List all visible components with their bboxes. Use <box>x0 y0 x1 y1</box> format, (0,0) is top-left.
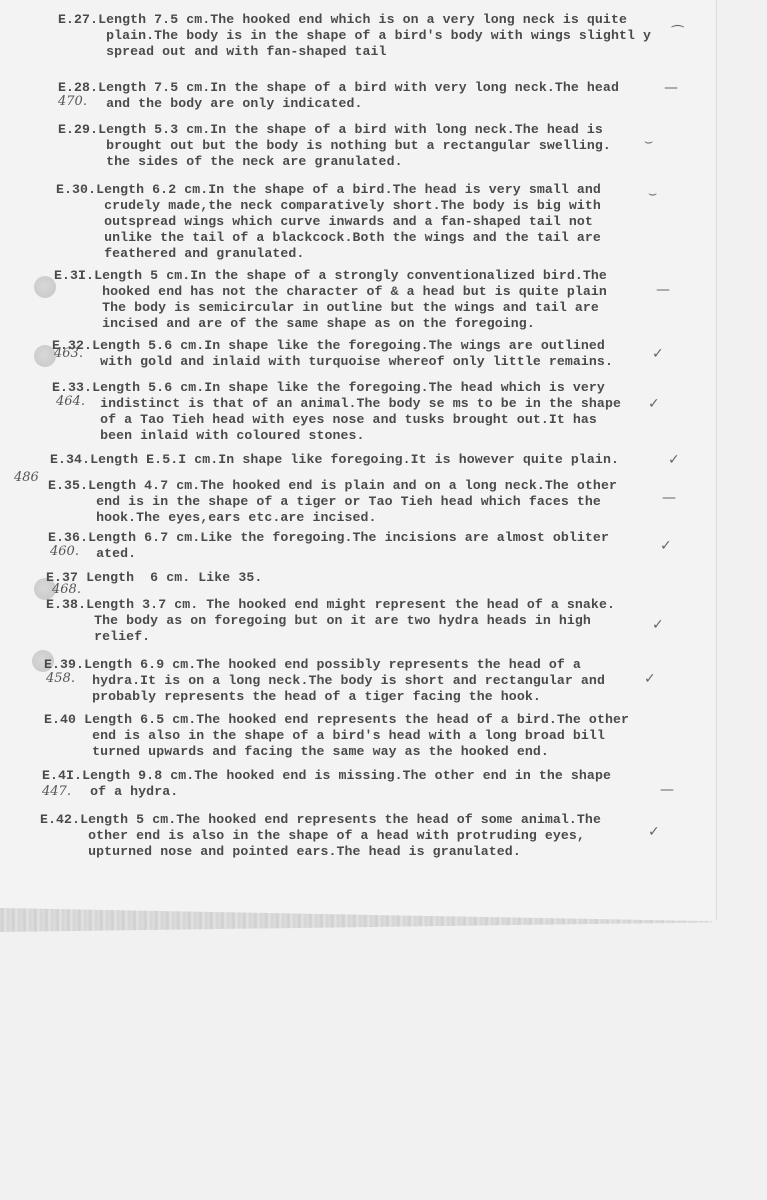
entry-line: brought out but the body is nothing but … <box>58 138 611 153</box>
handwritten-number: 458. <box>46 671 75 686</box>
dash-mark-icon: — <box>664 80 678 96</box>
check-mark-icon: ✓ <box>644 671 656 687</box>
entry-line: of a Tao Tieh head with eyes nose and tu… <box>52 412 597 427</box>
entry-line: the sides of the neck are granulated. <box>58 154 403 169</box>
entry-line: other end is also in the shape of a head… <box>40 828 585 843</box>
handwritten-number: 447. <box>42 784 71 799</box>
handwritten-number: 463. <box>54 346 83 361</box>
entry-line: unlike the tail of a blackcock.Both the … <box>56 230 601 245</box>
entry-line: end is also in the shape of a bird's hea… <box>44 728 605 743</box>
entry-line: E.30.Length 6.2 cm.In the shape of a bir… <box>56 182 601 197</box>
entry-line: relief. <box>46 629 150 644</box>
handwritten-number: 468. <box>52 582 81 597</box>
entry-line: E.39.Length 6.9 cm.The hooked end possib… <box>44 657 581 672</box>
dash-mark-icon: — <box>662 490 676 506</box>
check-mark-icon: ⁀ <box>672 26 683 42</box>
check-mark-icon: ⌣ <box>644 134 653 150</box>
handwritten-number: 470. <box>58 94 87 109</box>
check-mark-icon: ⌣ <box>648 186 657 202</box>
entry-line: E.34.Length E.5.I cm.In shape like foreg… <box>50 452 619 467</box>
entry-line: crudely made,the neck comparatively shor… <box>56 198 601 213</box>
entry-line: indistinct is that of an animal.The body… <box>52 396 621 411</box>
entry-line: E.29.Length 5.3 cm.In the shape of a bir… <box>58 122 603 137</box>
check-mark-icon: ✓ <box>652 346 664 362</box>
entry-line: and the body are only indicated. <box>58 96 363 111</box>
entry-line: E.33.Length 5.6 cm.In shape like the for… <box>52 380 605 395</box>
entry-line: plain.The body is in the shape of a bird… <box>58 28 651 43</box>
entry-line: upturned nose and pointed ears.The head … <box>40 844 521 859</box>
entry-line: hydra.It is on a long neck.The body is s… <box>44 673 605 688</box>
check-mark-icon: ✓ <box>660 538 672 554</box>
dash-mark-icon: — <box>660 782 674 798</box>
typewritten-page: E.27.Length 7.5 cm.The hooked end which … <box>0 0 717 920</box>
entry-line: E.35.Length 4.7 cm.The hooked end is pla… <box>48 478 617 493</box>
check-mark-icon: ✓ <box>668 452 680 468</box>
entry-line: The body as on foregoing but on it are t… <box>46 613 591 628</box>
handwritten-number: 464. <box>56 394 85 409</box>
entry-line: feathered and granulated. <box>56 246 304 261</box>
entry-line: been inlaid with coloured stones. <box>52 428 365 443</box>
punch-hole <box>34 276 56 298</box>
entry-line: E.27.Length 7.5 cm.The hooked end which … <box>58 12 627 27</box>
entry-line: E.3I.Length 5 cm.In the shape of a stron… <box>54 268 607 283</box>
entry-line: end is in the shape of a tiger or Tao Ti… <box>48 494 601 509</box>
entry-line: E.28.Length 7.5 cm.In the shape of a bir… <box>58 80 619 95</box>
entry-line: E.40 Length 6.5 cm.The hooked end repres… <box>44 712 629 727</box>
entry-line: E.4I.Length 9.8 cm.The hooked end is mis… <box>42 768 611 783</box>
entry-line: turned upwards and facing the same way a… <box>44 744 549 759</box>
handwritten-number: 460. <box>50 544 79 559</box>
entry-line: incised and are of the same shape as on … <box>54 316 535 331</box>
entry-line: hooked end has not the character of & a … <box>54 284 607 299</box>
dash-mark-icon: — <box>656 282 670 298</box>
entry-line: E.42.Length 5 cm.The hooked end represen… <box>40 812 601 827</box>
check-mark-icon: ✓ <box>648 824 660 840</box>
check-mark-icon: ✓ <box>652 617 664 633</box>
entry-line: E.32.Length 5.6 cm.In shape like the for… <box>52 338 605 353</box>
entry-line: hook.The eyes,ears etc.are incised. <box>48 510 377 525</box>
entry-line: spread out and with fan-shaped tail <box>58 44 387 59</box>
entry-line: probably represents the head of a tiger … <box>44 689 541 704</box>
entry-line: E.36.Length 6.7 cm.Like the foregoing.Th… <box>48 530 609 545</box>
entry-line: The body is semicircular in outline but … <box>54 300 599 315</box>
entry-line: with gold and inlaid with turquoise wher… <box>52 354 613 369</box>
entry-line: outspread wings which curve inwards and … <box>56 214 593 229</box>
handwritten-number: 486 <box>14 470 39 485</box>
entry-line: E.38.Length 3.7 cm. The hooked end might… <box>46 597 615 612</box>
check-mark-icon: ✓ <box>648 396 660 412</box>
